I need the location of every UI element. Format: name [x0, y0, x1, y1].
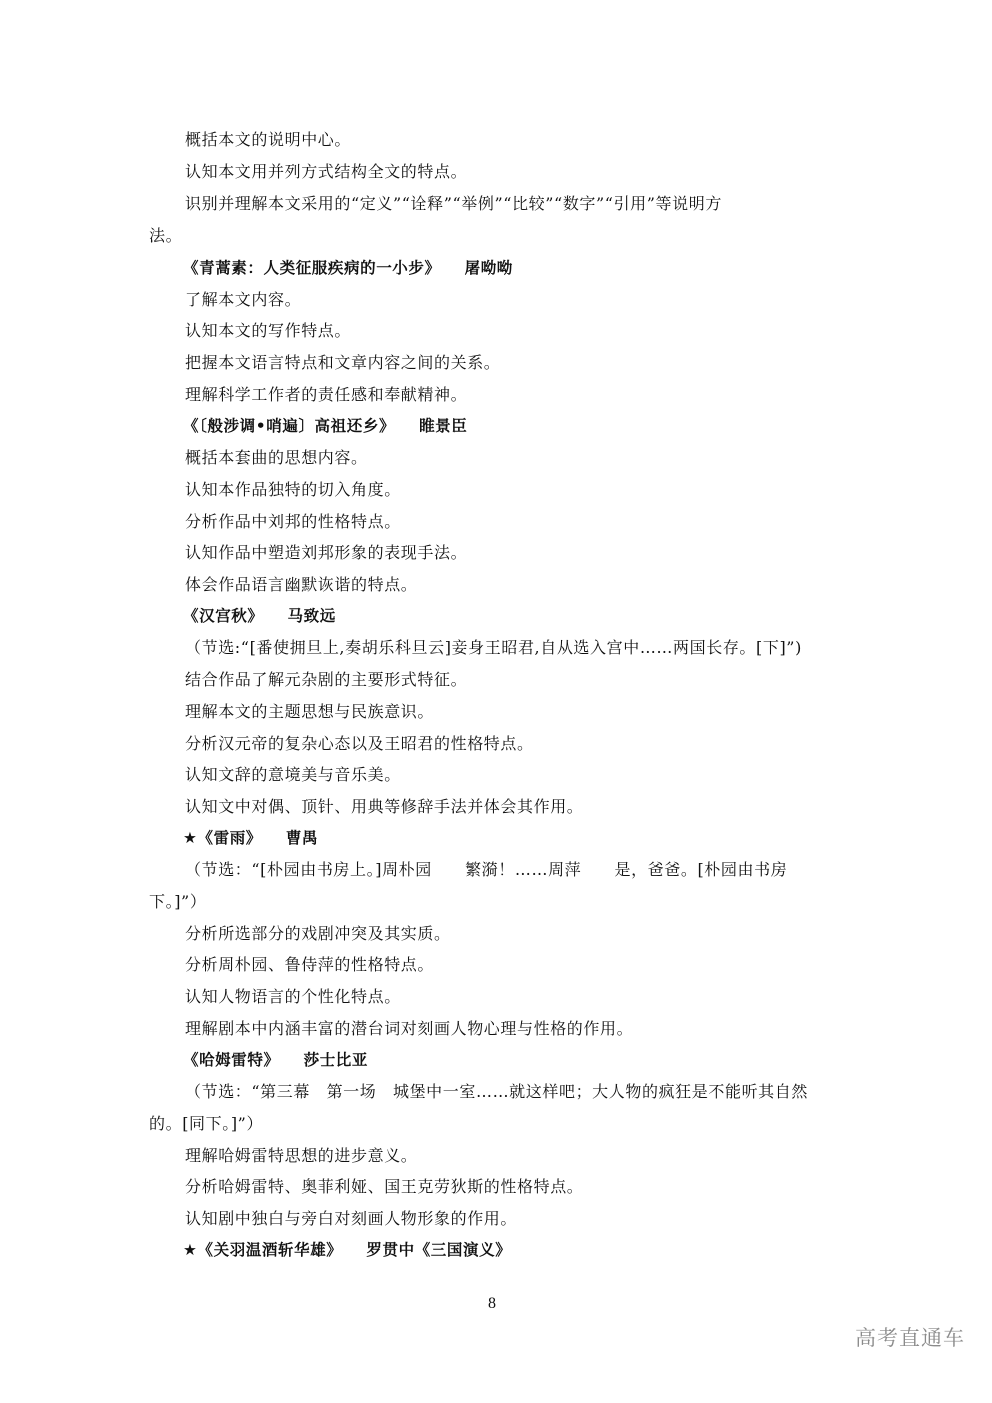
work-author: 曹禺 [286, 829, 318, 847]
work-title: ★《雷雨》 [183, 829, 262, 847]
objective-line: 认知作品中塑造刘邦形象的表现手法。 [185, 543, 885, 563]
work-author: 莎士比亚 [304, 1051, 368, 1069]
objective-line: （节选:“[番使拥旦上,奏胡乐科旦云]妾身王昭君,自从选入宫中……两国长存。[下… [185, 638, 885, 658]
watermark: 高考直通车 [855, 1322, 965, 1352]
continuation-line: 的。[同下。]”） [149, 1114, 849, 1134]
work-title: 《青蒿素：人类征服疾病的一小步》 [183, 259, 441, 277]
objective-line: 概括本套曲的思想内容。 [185, 448, 885, 468]
work-author: 罗贯中《三国演义》 [366, 1241, 511, 1259]
continuation-line: 下。]”） [149, 892, 849, 912]
objective-line: 分析周朴园、鲁侍萍的性格特点。 [185, 955, 885, 975]
objective-line: 分析作品中刘邦的性格特点。 [185, 512, 885, 532]
objective-line: 了解本文内容。 [185, 290, 885, 310]
objective-line: 理解本文的主题思想与民族意识。 [185, 702, 885, 722]
objective-line: （节选：“[朴园由书房上。]周朴园 繁漪！……周萍 是，爸爸。[朴园由书房 [185, 860, 885, 880]
work-author: 马致远 [288, 607, 336, 625]
work-title: ★《关羽温酒斩华雄》 [183, 1241, 342, 1259]
objective-line: 识别并理解本文采用的“定义”“诠释”“举例”“比较”“数字”“引用”等说明方 [185, 194, 885, 214]
page-number: 8 [488, 1295, 496, 1313]
work-author: 睢景臣 [419, 417, 467, 435]
objective-line: （节选：“第三幕 第一场 城堡中一室……就这样吧；大人物的疯狂是不能听其自然 [185, 1082, 885, 1102]
work-title: 《〔般涉调•哨遍〕高祖还乡》 [183, 417, 395, 435]
work-title: 《汉宫秋》 [183, 607, 264, 625]
objective-line: 认知文辞的意境美与音乐美。 [185, 765, 885, 785]
section-title: 《汉宫秋》马致远 [183, 606, 883, 626]
objective-line: 结合作品了解元杂剧的主要形式特征。 [185, 670, 885, 690]
objective-line: 认知本文的写作特点。 [185, 321, 885, 341]
objective-line: 体会作品语言幽默诙谐的特点。 [185, 575, 885, 595]
objective-line: 把握本文语言特点和文章内容之间的关系。 [185, 353, 885, 373]
section-title: ★《关羽温酒斩华雄》罗贯中《三国演义》 [183, 1240, 883, 1260]
objective-line: 分析哈姆雷特、奥菲利娅、国王克劳狄斯的性格特点。 [185, 1177, 885, 1197]
objective-line: 认知文中对偶、顶针、用典等修辞手法并体会其作用。 [185, 797, 885, 817]
work-author: 屠呦呦 [465, 259, 513, 277]
objective-line: 分析所选部分的戏剧冲突及其实质。 [185, 924, 885, 944]
objective-line: 概括本文的说明中心。 [185, 130, 885, 150]
section-title: 《青蒿素：人类征服疾病的一小步》屠呦呦 [183, 258, 883, 278]
objective-line: 理解哈姆雷特思想的进步意义。 [185, 1146, 885, 1166]
objective-line: 理解科学工作者的责任感和奉献精神。 [185, 385, 885, 405]
objective-line: 认知人物语言的个性化特点。 [185, 987, 885, 1007]
work-title: 《哈姆雷特》 [183, 1051, 280, 1069]
objective-line: 理解剧本中内涵丰富的潜台词对刻画人物心理与性格的作用。 [185, 1019, 885, 1039]
objective-line: 认知剧中独白与旁白对刻画人物形象的作用。 [185, 1209, 885, 1229]
objective-line: 分析汉元帝的复杂心态以及王昭君的性格特点。 [185, 734, 885, 754]
continuation-line: 法。 [149, 226, 849, 246]
document-page: 概括本文的说明中心。认知本文用并列方式结构全文的特点。识别并理解本文采用的“定义… [0, 0, 992, 1403]
section-title: 《哈姆雷特》莎士比亚 [183, 1050, 883, 1070]
section-title: ★《雷雨》曹禺 [183, 828, 883, 848]
section-title: 《〔般涉调•哨遍〕高祖还乡》睢景臣 [183, 416, 883, 436]
objective-line: 认知本文用并列方式结构全文的特点。 [185, 162, 885, 182]
objective-line: 认知本作品独特的切入角度。 [185, 480, 885, 500]
